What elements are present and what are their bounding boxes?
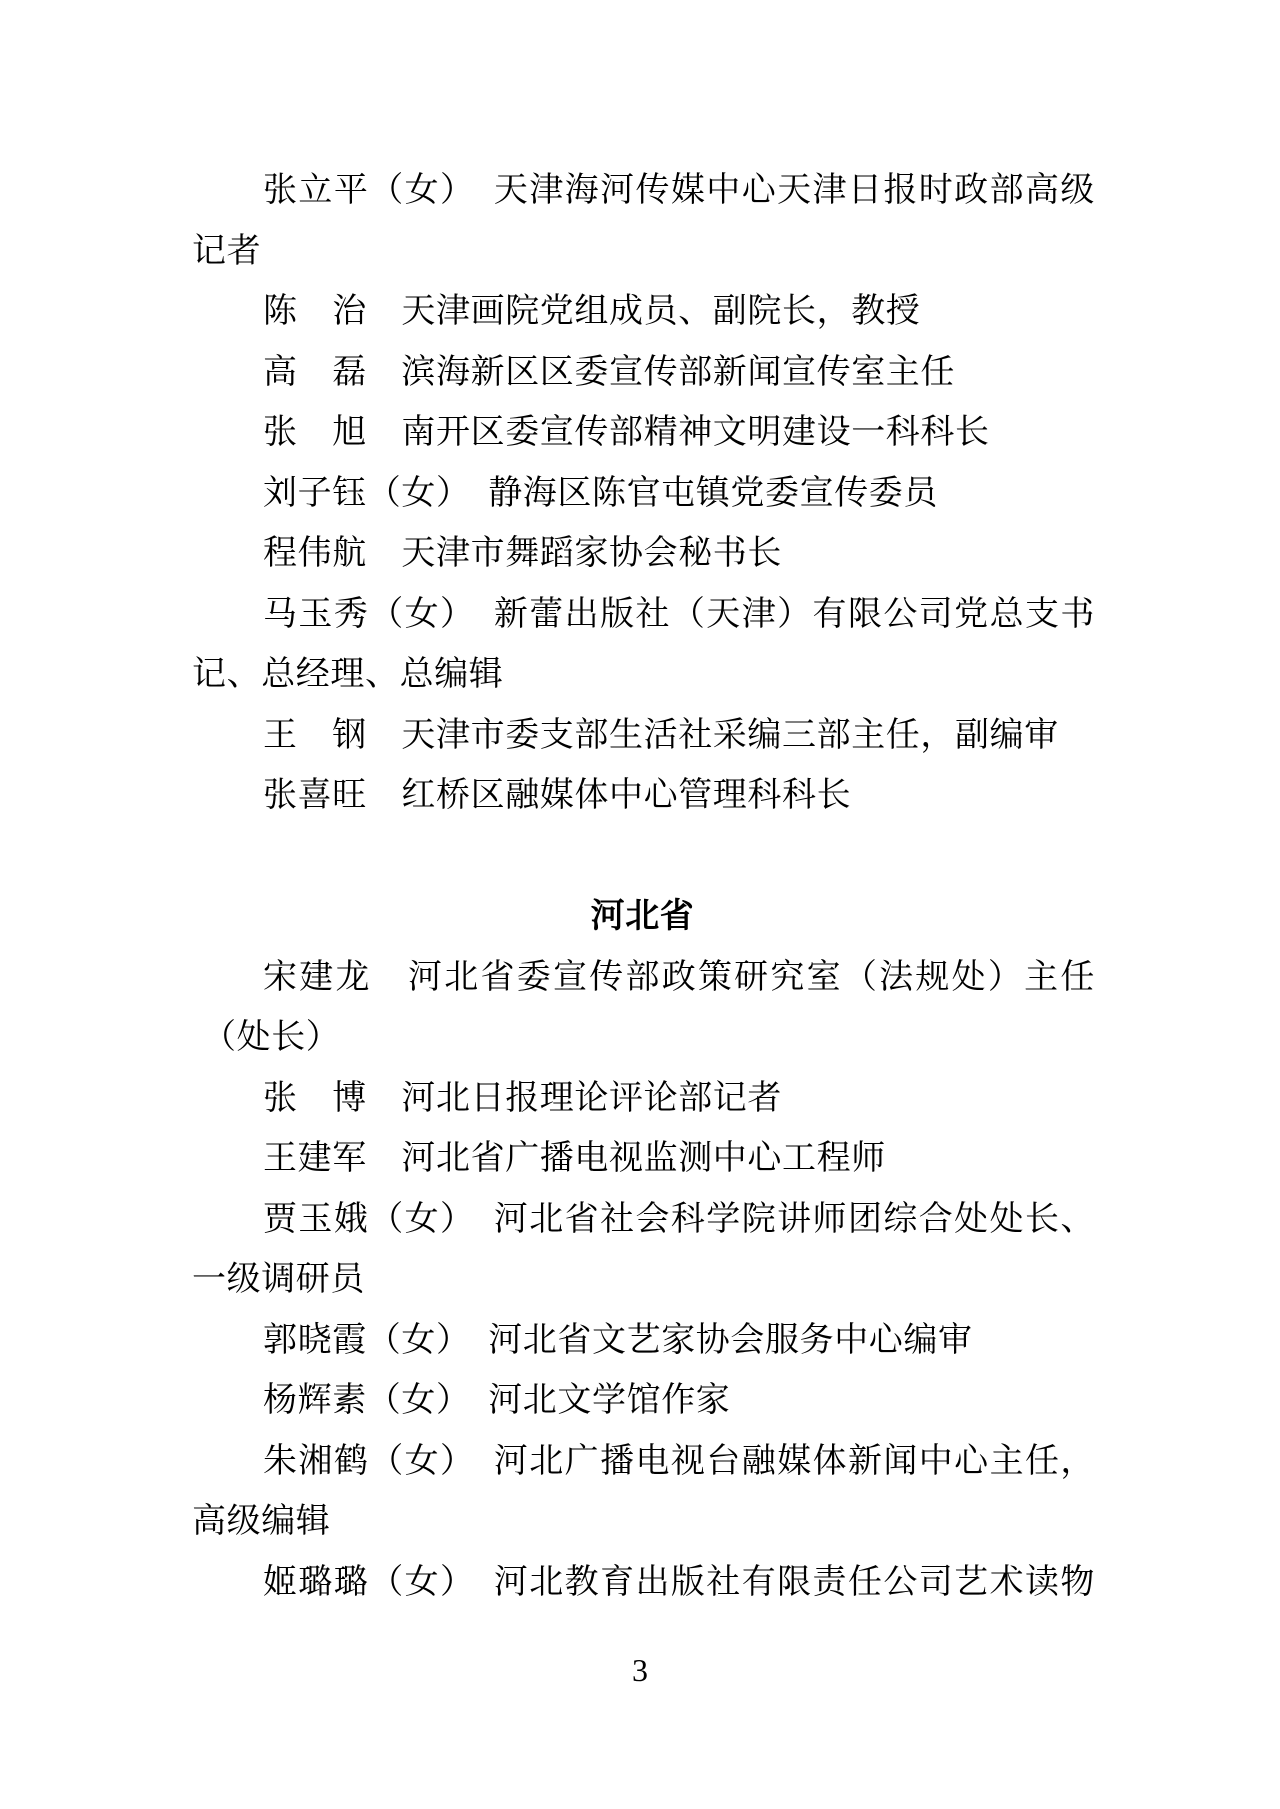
roster-line: 朱湘鹤（女） 河北广播电视台融媒体新闻中心主任， — [190, 1431, 1095, 1492]
roster-line: 高级编辑 — [190, 1491, 1095, 1552]
page-number: 3 — [0, 1652, 1280, 1689]
roster-line: 郭晓霞（女） 河北省文艺家协会服务中心编审 — [190, 1310, 1095, 1371]
roster-line: 刘子钰（女） 静海区陈官屯镇党委宣传委员 — [190, 463, 1095, 524]
roster-line: 程伟航 天津市舞蹈家协会秘书长 — [190, 523, 1095, 584]
roster-line: 记者 — [190, 221, 1095, 282]
roster-lines: 张立平（女） 天津海河传媒中心天津日报时政部高级记者陈 治 天津画院党组成员、副… — [190, 160, 1095, 1612]
roster-line: 高 磊 滨海新区区委宣传部新闻宣传室主任 — [190, 342, 1095, 403]
roster-line: 张喜旺 红桥区融媒体中心管理科科长 — [190, 765, 1095, 826]
roster-line: 张 旭 南开区委宣传部精神文明建设一科科长 — [190, 402, 1095, 463]
roster-line: 姬璐璐（女） 河北教育出版社有限责任公司艺术读物 — [190, 1552, 1095, 1613]
roster-line: 河北省 — [190, 886, 1095, 947]
roster-line: 陈 治 天津画院党组成员、副院长，教授 — [190, 281, 1095, 342]
roster-line: 马玉秀（女） 新蕾出版社（天津）有限公司党总支书 — [190, 584, 1095, 645]
roster-line: 一级调研员 — [190, 1249, 1095, 1310]
document-page: 张立平（女） 天津海河传媒中心天津日报时政部高级记者陈 治 天津画院党组成员、副… — [0, 0, 1280, 1809]
roster-line: 张立平（女） 天津海河传媒中心天津日报时政部高级 — [190, 160, 1095, 221]
roster-line: 宋建龙 河北省委宣传部政策研究室（法规处）主任 — [190, 947, 1095, 1008]
roster-line: （处长） — [190, 1007, 1095, 1068]
roster-line — [190, 826, 1095, 887]
roster-line: 贾玉娥（女） 河北省社会科学院讲师团综合处处长、 — [190, 1189, 1095, 1250]
roster-line: 张 博 河北日报理论评论部记者 — [190, 1068, 1095, 1129]
roster-line: 杨辉素（女） 河北文学馆作家 — [190, 1370, 1095, 1431]
roster-line: 记、总经理、总编辑 — [190, 644, 1095, 705]
roster-line: 王建军 河北省广播电视监测中心工程师 — [190, 1128, 1095, 1189]
roster-line: 王 钢 天津市委支部生活社采编三部主任，副编审 — [190, 705, 1095, 766]
